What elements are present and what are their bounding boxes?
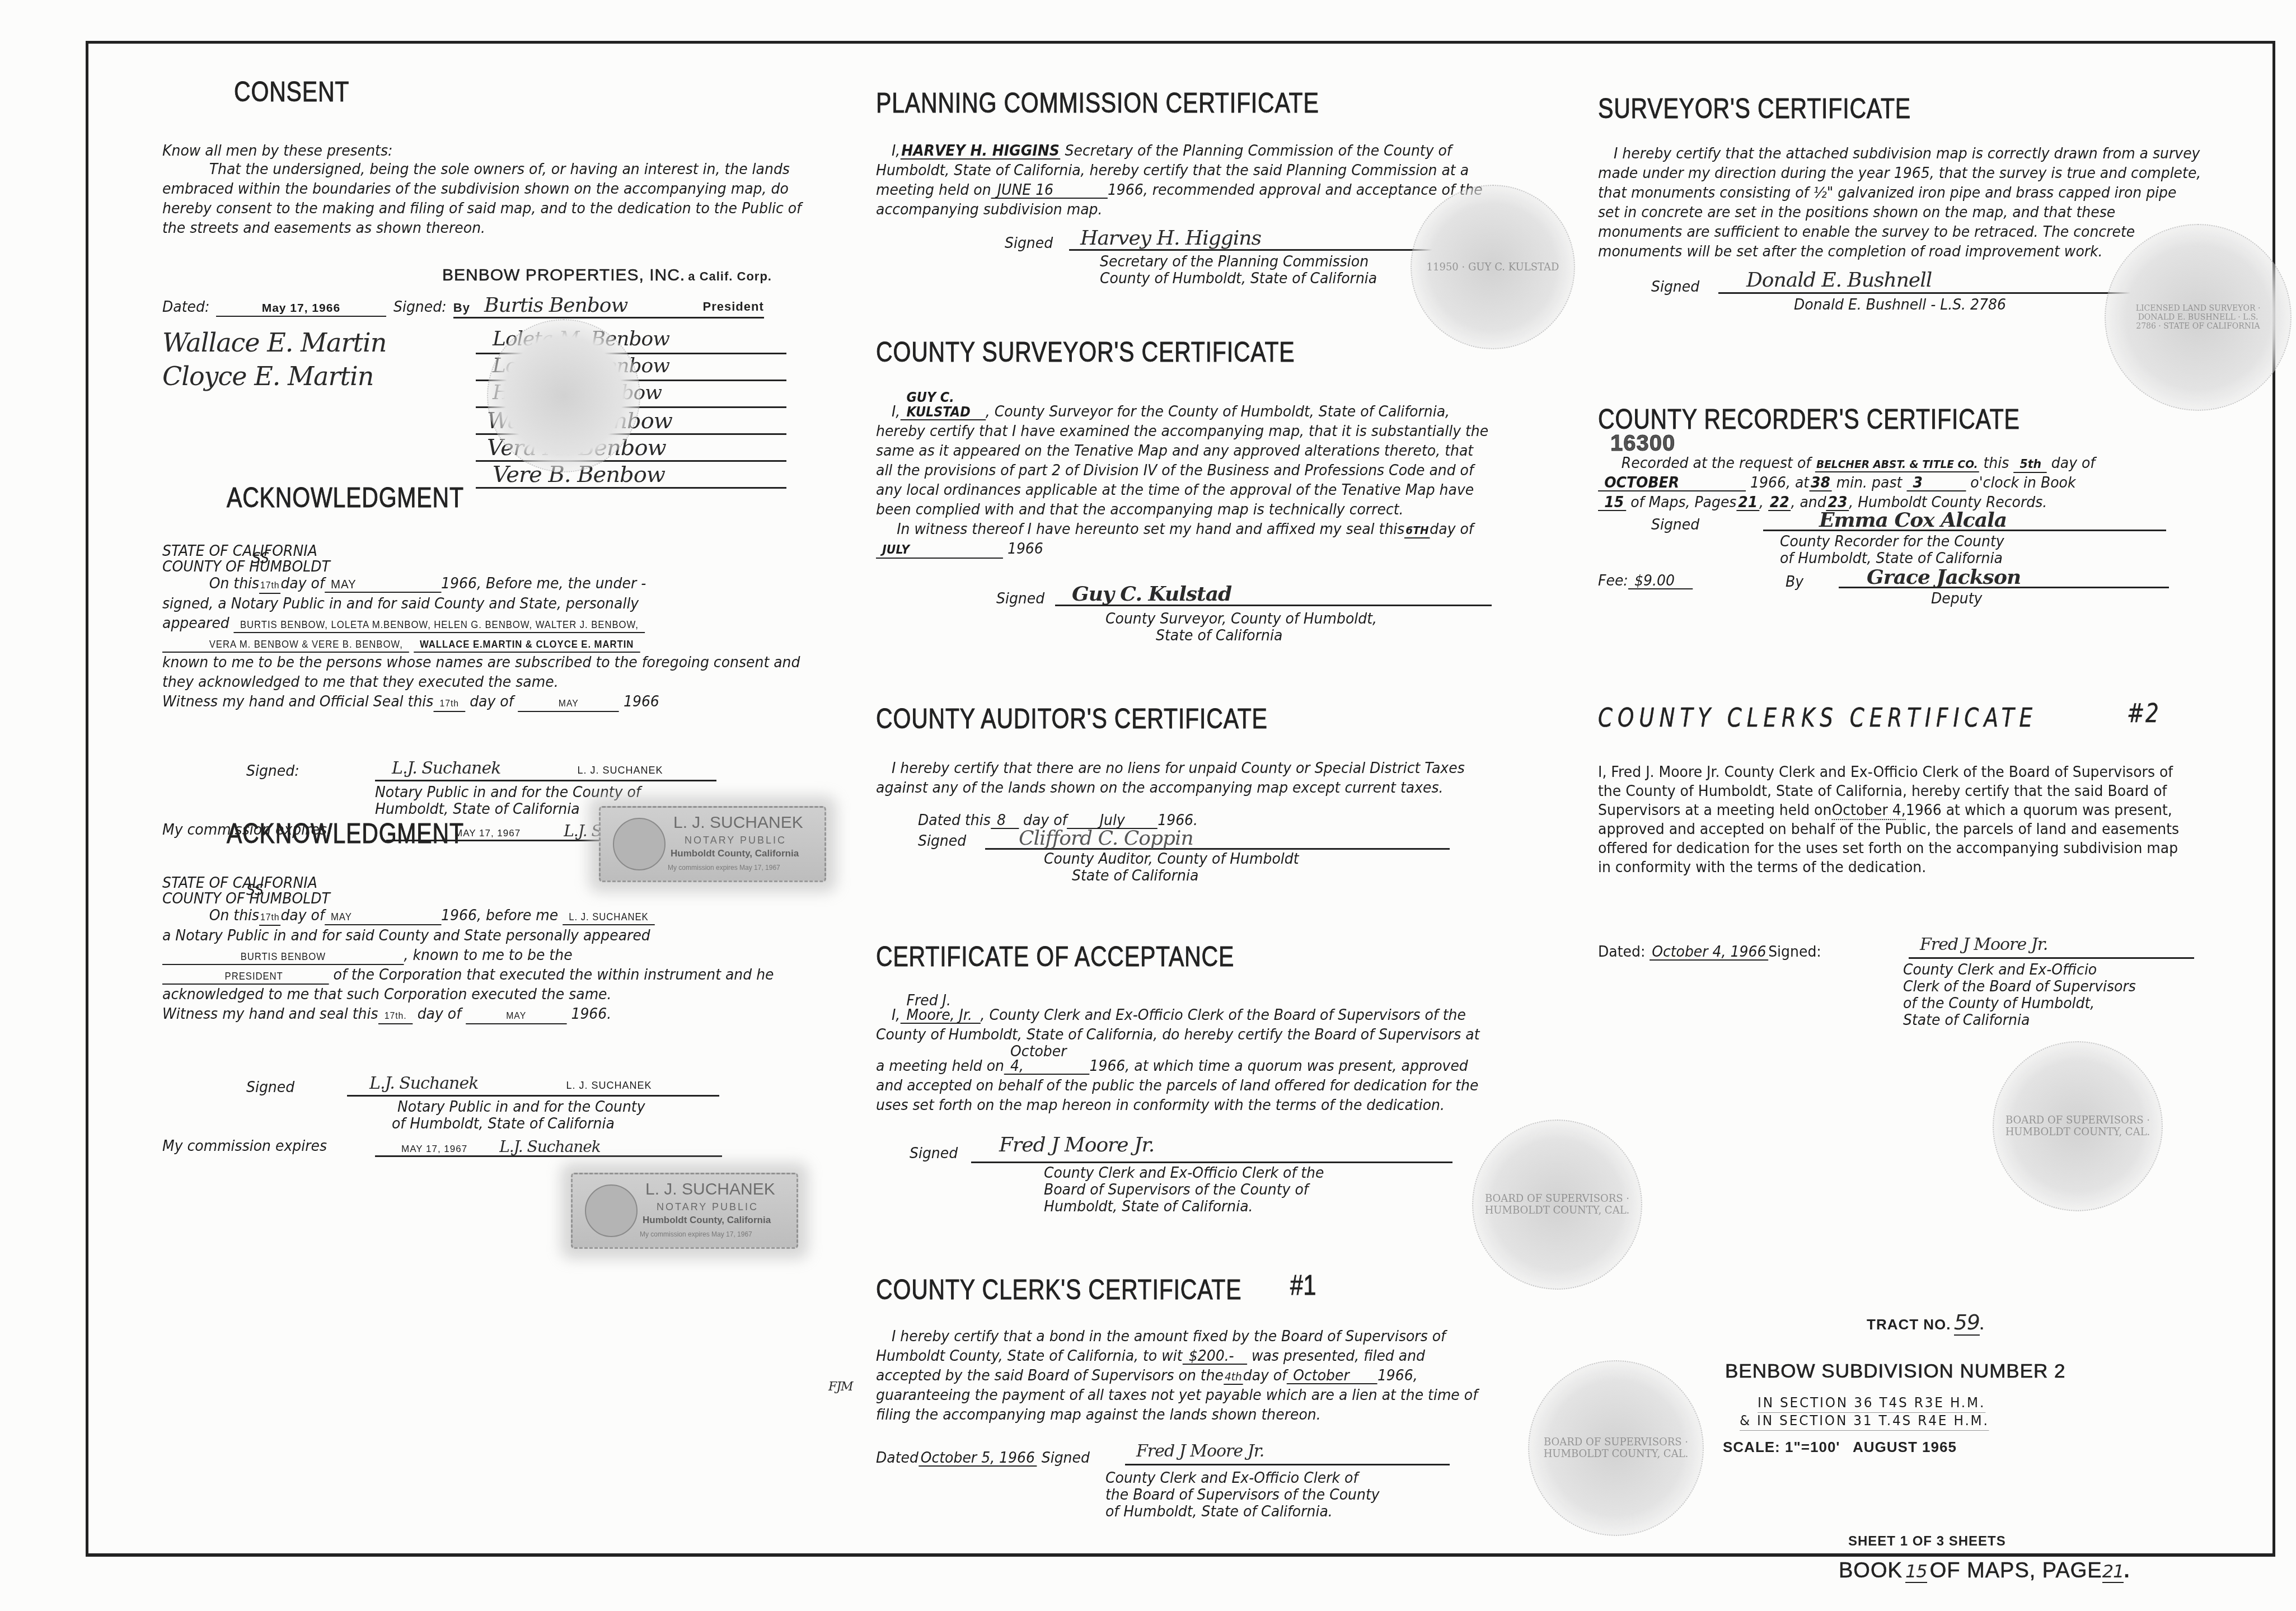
t-of-maps: of Maps, Pages — [1630, 494, 1736, 511]
left-signatures: Wallace E. Martin Cloyce E. Martin — [162, 327, 386, 395]
consent-seal — [487, 319, 640, 472]
county-recorder-book: 15 — [1598, 495, 1626, 511]
surveyor-seal: LICENSED LAND SURVEYOR · DONALD E. BUSHN… — [2105, 224, 2292, 411]
county-surveyor-body: I,GUY C. KULSTAD, County Surveyor for th… — [876, 390, 1490, 559]
t-i: I, — [892, 1006, 900, 1024]
county-clerk-2-body: I, Fred J. Moore Jr. County Clerk and Ex… — [1598, 763, 2181, 877]
consent-body-text: That the undersigned, being the sole own… — [162, 161, 802, 237]
ack2-commission-line: MAY 17, 1967 L.J. Suchanek — [375, 1137, 722, 1157]
county-clerk-1-month: October — [1287, 1369, 1377, 1384]
ack2-body: On this17thday ofMAY1966, before me L. J… — [162, 906, 813, 1024]
signature-cloyce-martin: Cloyce E. Martin — [162, 361, 386, 395]
consent-heading: CONSENT — [234, 76, 349, 108]
book-middle: OF MAPS, PAGE — [1930, 1559, 2102, 1582]
ack2-commission-date: MAY 17, 1967 — [395, 1142, 474, 1156]
county-clerk-2-number: #2 — [2127, 698, 2160, 728]
ack2-notary-title-2: of Humboldt, State of California — [392, 1114, 615, 1134]
t-line2: a Notary Public in and for said County a… — [162, 927, 650, 944]
t-on-this: On this — [209, 575, 259, 592]
t-i: I, — [892, 403, 900, 420]
planning-signature: Harvey H. Higgins — [1080, 227, 1261, 250]
notary-stamp-name: L. J. SUCHANEK — [645, 1180, 775, 1199]
ack1-printed-name: L. J. SUCHANEK — [570, 763, 669, 778]
company-suffix: a Calif. Corp. — [688, 269, 772, 283]
ack2-printed-name: L. J. SUCHANEK — [559, 1078, 658, 1093]
county-surveyor-signature-line: Guy C. Kulstad — [1055, 582, 1492, 606]
seal-text: BOARD OF SUPERVISORS · HUMBOLDT COUNTY, … — [1994, 1042, 2162, 1210]
county-recorder-hour: 3 — [1906, 476, 1966, 491]
consent-opening: Know all men by these presents: — [162, 141, 813, 161]
county-recorder-deputy-line: Grace Jackson — [1839, 565, 2169, 588]
ack1-names-2a: VERA M. BENBOW & VERE B. BENBOW, — [162, 637, 409, 653]
planning-meeting-date: JUNE 16 — [991, 183, 1108, 199]
ack1-signature-line: L.J. Suchanek L. J. SUCHANEK — [375, 758, 716, 781]
t-this: this — [1983, 455, 2009, 472]
tract-label: TRACT NO. — [1867, 1316, 1951, 1333]
board-seal-3: BOARD OF SUPERVISORS · HUMBOLDT COUNTY, … — [1993, 1041, 2163, 1211]
company-name: BENBOW PROPERTIES, INC. — [442, 266, 685, 284]
ack2-ss: SS — [246, 881, 264, 900]
consent-dated-row: Dated: May 17, 1966 Signed: By Burtis Be… — [162, 294, 795, 319]
acceptance-signature: Fred J Moore Jr. — [999, 1134, 1154, 1156]
by-label: By — [453, 301, 470, 315]
ack1-body: On this17thday ofMAY1966, Before me, the… — [162, 574, 813, 712]
county-clerk-2-dated-value: October 4, 1966 — [1650, 945, 1768, 961]
tract-number: 59 — [1954, 1310, 1980, 1336]
ack1-witness-day: 17th — [433, 696, 465, 712]
notary-seal-icon — [585, 1184, 638, 1237]
seal-text: BOARD OF SUPERVISORS · HUMBOLDT COUNTY, … — [1529, 1361, 1703, 1535]
notary-stamp-county: Humboldt County, California — [643, 1215, 771, 1226]
president-signature-line: By Burtis Benbow President — [453, 294, 764, 319]
t-year-at: 1966, at — [1750, 474, 1809, 491]
ack1-names-2b: WALLACE E.MARTIN & CLOYCE E. MARTIN — [414, 637, 640, 653]
acceptance-clerk-name: Fred J. Moore, Jr. — [900, 994, 980, 1024]
dated-label: Dated: — [1598, 943, 1645, 961]
ack1-signature: L.J. Suchanek — [392, 758, 500, 778]
county-recorder-body: Recorded at the request of BELCHER ABST.… — [1598, 453, 2212, 512]
county-recorder-day: 5th — [2013, 457, 2047, 473]
county-clerk-1-signature-line: Fred J Moore Jr. — [1125, 1441, 1450, 1465]
ack1-day: 17th — [259, 578, 280, 594]
seal-text: 11950 · GUY C. KULSTAD — [1412, 186, 1574, 348]
signed-label: Signed — [1042, 1449, 1090, 1467]
sheet-label: SHEET 1 OF 3 SHEETS — [1848, 1534, 2006, 1549]
county-recorder-requester: BELCHER ABST. & TITLE CO. — [1815, 457, 1979, 472]
notary-stamp-expires: My commission expires May 17, 1967 — [640, 1230, 752, 1238]
consent-company: BENBOW PROPERTIES, INC. a Calif. Corp. — [442, 266, 772, 285]
ack1-notary-title-2: Humboldt, State of California — [375, 799, 580, 819]
county-surveyor-heading: COUNTY SURVEYOR'S CERTIFICATE — [876, 336, 1295, 368]
county-clerk-1-signature: Fred J Moore Jr. — [1136, 1441, 1264, 1461]
county-clerk-2-dated: Dated: October 4, 1966Signed: — [1598, 942, 1821, 962]
county-clerk-2-heading: COUNTY CLERKS CERTIFICATE — [1598, 703, 2037, 733]
t-line2: signed, a Notary Public in and for said … — [162, 595, 639, 612]
county-recorder-fee: Fee:$9.00 — [1598, 571, 1693, 591]
county-auditor-signature: Clifford C. Coppin — [1019, 827, 1193, 850]
initials-mark: FJM — [828, 1380, 853, 1394]
county-recorder-minutes: 38 — [1809, 476, 1832, 491]
notary-stamp-1: L. J. SUCHANEK NOTARY PUBLIC Humboldt Co… — [599, 806, 826, 882]
planning-signed-label: Signed — [1005, 233, 1053, 253]
county-surveyor-month: JULY — [876, 543, 1003, 559]
county-recorder-signed-label: Signed — [1651, 515, 1699, 535]
county-recorder-deputy-signature: Grace Jackson — [1867, 565, 2021, 589]
ack1-witness-month: MAY — [518, 696, 619, 712]
surveyor-printed-name: Donald E. Bushnell - L.S. 2786 — [1794, 295, 2006, 315]
county-clerk-1-heading-row: COUNTY CLERK'S CERTIFICATE #1 — [876, 1273, 1322, 1306]
t-recorded: Recorded at the request of — [1622, 455, 1811, 472]
acceptance-signed-label: Signed — [910, 1144, 958, 1163]
notary-stamp-expires: My commission expires May 17, 1967 — [668, 864, 780, 872]
t-appeared: appeared — [162, 615, 229, 632]
acceptance-body: I,Fred J. Moore, Jr., County Clerk and E… — [876, 994, 1485, 1115]
ack2-day: 17th — [259, 910, 280, 926]
page-number: 21 — [2102, 1561, 2124, 1583]
fee-label: Fee: — [1598, 572, 1628, 589]
ack2-office: PRESIDENT — [162, 969, 329, 985]
section-line-2: & IN SECTION 31 T.4S R4E H.M. — [1740, 1411, 1989, 1431]
planning-title-2: County of Humboldt, State of California — [1100, 269, 1377, 288]
signature-line-6: Vere B. Benbow — [476, 462, 786, 489]
county-clerk-2-signature: Fred J Moore Jr. — [1920, 935, 2047, 954]
president-label: President — [703, 299, 764, 314]
county-surveyor-signature: Guy C. Kulstad — [1072, 582, 1231, 606]
ack2-signature-line: L.J. Suchanek L. J. SUCHANEK — [347, 1074, 719, 1097]
scale-label: SCALE: 1"=100' — [1723, 1439, 1840, 1456]
t-dated: Dated this — [918, 812, 991, 829]
book-reference: BOOK 15 OF MAPS, PAGE21. — [1839, 1559, 2130, 1583]
county-surveyor-year: 1966 — [1008, 540, 1043, 558]
county-clerk-1-body: I hereby certify that a bond in the amou… — [876, 1327, 1485, 1425]
county-auditor-signature-line: Clifford C. Coppin — [985, 827, 1450, 850]
signed-label: Signed: — [393, 297, 447, 317]
t-oclock: o'clock in Book — [1970, 474, 2075, 491]
notary-stamp-name: L. J. SUCHANEK — [673, 813, 803, 832]
county-surveyor-witness: In witness thereof I have hereunto set m… — [897, 521, 1404, 538]
county-auditor-title-2: State of California — [1072, 866, 1198, 886]
acceptance-signature-line: Fred J Moore Jr. — [971, 1134, 1452, 1163]
dated-value: May 17, 1966 — [216, 301, 386, 317]
book-number: 15 — [1905, 1561, 1927, 1583]
seal-text: LICENSED LAND SURVEYOR · DONALD E. BUSHN… — [2106, 225, 2290, 410]
notary-stamp-title: NOTARY PUBLIC — [685, 835, 786, 846]
t-day-of: day of — [1430, 521, 1473, 538]
county-surveyor-title-2: State of California — [1156, 626, 1282, 645]
county-clerk-1-dated-value: October 5, 1966 — [919, 1451, 1037, 1467]
ack2-witness-month: MAY — [466, 1009, 566, 1024]
t-day-of: day of — [280, 575, 324, 592]
county-recorder-number: 16300 — [1610, 431, 1675, 456]
county-recorder-fee-value: $9.00 — [1628, 574, 1693, 589]
planning-heading: PLANNING COMMISSION CERTIFICATE — [876, 87, 1319, 119]
ack2-person: BURTIS BENBOW — [162, 949, 404, 965]
board-seal-2: BOARD OF SUPERVISORS · HUMBOLDT COUNTY, … — [1528, 1360, 1704, 1536]
county-auditor-heading: COUNTY AUDITOR'S CERTIFICATE — [876, 703, 1268, 735]
tract-row: TRACT NO. 59. — [1867, 1310, 1984, 1334]
ack1-signed-label: Signed: — [246, 761, 299, 781]
county-clerk-2-signature-line: Fred J Moore Jr. — [1909, 935, 2194, 959]
county-clerk-2-title-4: State of California — [1903, 1010, 2030, 1030]
notary-stamp-2: L. J. SUCHANEK NOTARY PUBLIC Humboldt Co… — [571, 1173, 798, 1249]
t-day-of: day of — [2051, 455, 2095, 472]
president-signature: Burtis Benbow — [484, 294, 627, 317]
acceptance-title-3: Humboldt, State of California. — [1044, 1197, 1253, 1216]
county-recorder-signature: Emma Cox Alcala — [1819, 508, 2007, 532]
t-day-of: day of — [280, 907, 324, 924]
planning-secretary-name: HARVEY H. HIGGINS — [900, 144, 1060, 160]
seal-text: BOARD OF SUPERVISORS · HUMBOLDT COUNTY, … — [1473, 1121, 1641, 1289]
t-year-before: 1966, Before me, the under - — [441, 575, 646, 592]
t-day-of: day of — [1243, 1367, 1287, 1384]
acceptance-heading: CERTIFICATE OF ACCEPTANCE — [876, 940, 1234, 973]
county-clerk-1-title-3: of Humboldt, State of California. — [1105, 1502, 1333, 1521]
ack1-heading: ACKNOWLEDGMENT — [227, 481, 464, 514]
county-recorder-month: OCTOBER — [1598, 476, 1746, 491]
ack2-heading: ACKNOWLEDGMENT — [227, 817, 464, 850]
t-i: I, — [892, 142, 900, 160]
book-prefix: BOOK — [1839, 1559, 1903, 1582]
t-known: known to me to be the persons whose name… — [162, 654, 800, 691]
consent-body: That the undersigned, being the sole own… — [162, 160, 813, 238]
t-year-before: 1966, before me — [441, 907, 558, 924]
county-clerk-1-day: 4th — [1224, 1369, 1243, 1385]
surveyor-signature: Donald E. Bushnell — [1746, 269, 1932, 292]
dated-label: Dated: — [162, 297, 209, 317]
board-seal-1: BOARD OF SUPERVISORS · HUMBOLDT COUNTY, … — [1472, 1120, 1642, 1290]
ack1-names-1: BURTIS BENBOW, LOLETA M.BENBOW, HELEN G.… — [234, 617, 645, 633]
ack1-ss: SS — [252, 549, 269, 568]
t-witness: Witness my hand and seal this — [162, 1005, 378, 1023]
ack2-signed-label: Signed — [246, 1078, 294, 1097]
county-clerk-2-meeting-date: October 4, — [1831, 802, 1905, 820]
ack2-witness-day: 17th. — [378, 1009, 413, 1024]
ack1-witness-year: 1966 — [624, 693, 659, 710]
county-recorder-deputy-label: Deputy — [1931, 589, 1982, 608]
planning-surveyor-seal: 11950 · GUY C. KULSTAD — [1411, 185, 1575, 349]
county-surveyor-name: GUY C. KULSTAD — [900, 390, 986, 420]
book-suffix: . — [2124, 1559, 2130, 1582]
county-auditor-body: I hereby certify that there are no liens… — [876, 758, 1485, 798]
ack2-signature: L.J. Suchanek — [369, 1074, 478, 1093]
county-clerk-1-heading: COUNTY CLERK'S CERTIFICATE — [876, 1273, 1241, 1306]
ack1-month: MAY — [325, 577, 441, 593]
signature-wallace-martin: Wallace E. Martin — [162, 327, 386, 361]
ack2-commission-sig: L.J. Suchanek — [499, 1137, 601, 1156]
ack2-notary-name: L. J. SUCHANEK — [563, 910, 655, 925]
map-date: AUGUST 1965 — [1853, 1439, 1957, 1456]
ack2-commission-label: My commission expires — [162, 1136, 327, 1156]
county-clerk-1-number: #1 — [1290, 1269, 1316, 1301]
section-line-1: IN SECTION 36 T4S R3E H.M. — [1758, 1393, 1985, 1413]
t-witness: Witness my hand and Official Seal this — [162, 693, 433, 710]
notary-stamp-county: Humboldt County, California — [671, 848, 799, 859]
county-clerk-2-heading-row: COUNTY CLERKS CERTIFICATE #2 — [1598, 703, 2086, 733]
county-clerk-1-dated: DatedOctober 5, 1966 Signed — [876, 1448, 1090, 1468]
county-clerk-1-amount: $200.- — [1183, 1349, 1247, 1365]
planning-body: I,HARVEY H. HIGGINS Secretary of the Pla… — [876, 141, 1501, 219]
county-surveyor-day: 6TH — [1404, 523, 1430, 538]
county-recorder-page-1: 21 — [1736, 495, 1759, 511]
t-min-past: min. past — [1836, 474, 1903, 491]
tract-period: . — [1980, 1316, 1984, 1333]
signed-label: Signed: — [1768, 943, 1821, 961]
county-recorder-signature-line: Emma Cox Alcala — [1763, 508, 2166, 531]
county-auditor-signed-label: Signed — [918, 831, 966, 851]
surveyor-signed-label: Signed — [1651, 277, 1699, 297]
ack2-witness-year: 1966. — [571, 1005, 611, 1023]
dated-label: Dated — [876, 1449, 919, 1467]
notary-seal-icon — [613, 818, 666, 870]
ack2-month: MAY — [325, 910, 441, 925]
t-known: , known to me to be the — [404, 947, 573, 964]
county-surveyor-signed-label: Signed — [996, 589, 1044, 608]
surveyor-heading: SURVEYOR'S CERTIFICATE — [1598, 92, 1911, 125]
subdivision-title: BENBOW SUBDIVISION NUMBER 2 — [1725, 1360, 2065, 1383]
t-on-this: On this — [209, 907, 259, 924]
acceptance-meeting-date: October 4, — [1004, 1045, 1090, 1075]
notary-stamp-title: NOTARY PUBLIC — [657, 1201, 758, 1213]
county-recorder-by-label: By — [1786, 572, 1803, 592]
